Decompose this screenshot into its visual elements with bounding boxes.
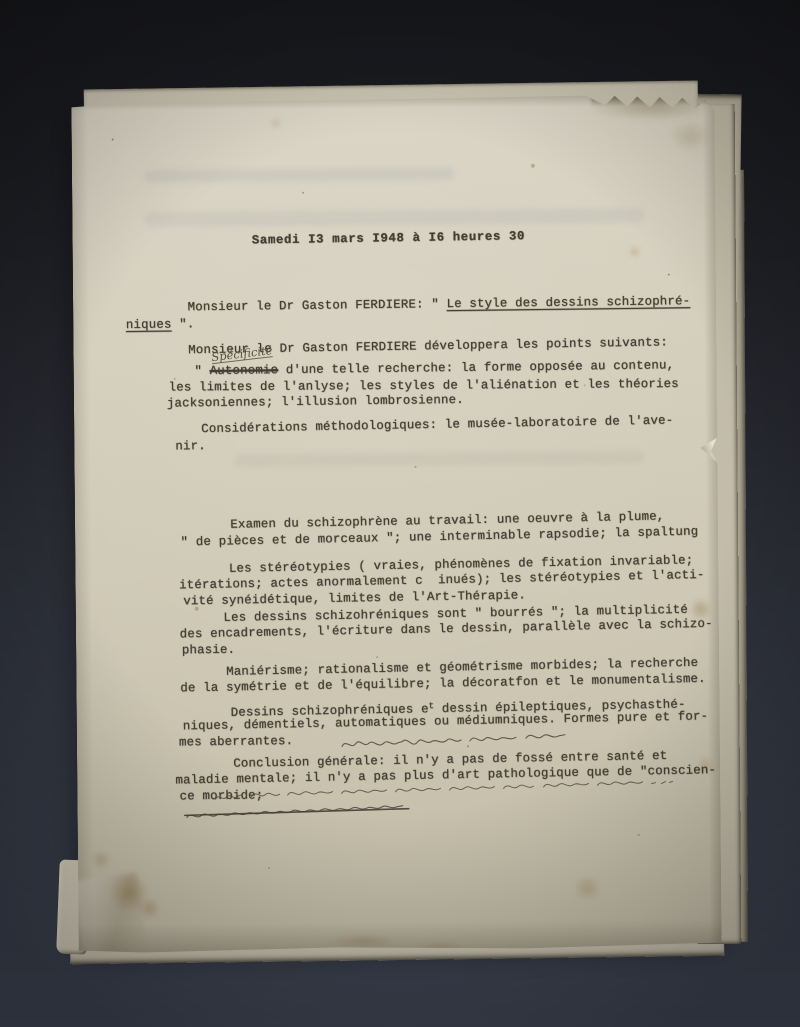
point1-tail: d'une telle recherche: la forme opposée … — [278, 358, 674, 377]
point2-line-1: Considérations méthodologiques: le musée… — [201, 413, 673, 438]
point5-line-3: phasie. — [182, 642, 236, 659]
photo-of-document: { "scene": { "background_top": "#17181c"… — [0, 0, 800, 1027]
title-pre: Monsieur le Dr Gaston FERDIERE: " — [188, 297, 447, 314]
date-line: Samedi I3 mars I948 à I6 heures 30 — [252, 228, 525, 248]
title-line-2: niques ". — [126, 316, 195, 333]
title-underlined-2: niques — [126, 318, 172, 333]
document-page: Samedi I3 mars I948 à I6 heures 30 Monsi… — [71, 93, 721, 955]
point7-line-3: mes aberrantes. — [179, 733, 293, 750]
point1-pre: " — [194, 364, 209, 378]
handwritten-annotation-after-morbide — [211, 778, 676, 808]
title-underlined: Le style des dessins schizophré- — [446, 294, 690, 311]
handwritten-annotation-after-aberrantes — [338, 728, 568, 757]
point1-line-3: jacksoniennes; l'illusion lombrosienne. — [167, 392, 464, 412]
title-tail: ". — [171, 317, 194, 331]
typed-text-layer: Samedi I3 mars I948 à I6 heures 30 Monsi… — [70, 92, 723, 956]
title-line-1: Monsieur le Dr Gaston FERDIERE: " Le sty… — [188, 293, 691, 315]
struck-word-autonomie: Autonomie — [210, 363, 279, 378]
point2-line-2: nir. — [175, 438, 206, 454]
handwritten-crossed-out-line — [183, 803, 433, 824]
